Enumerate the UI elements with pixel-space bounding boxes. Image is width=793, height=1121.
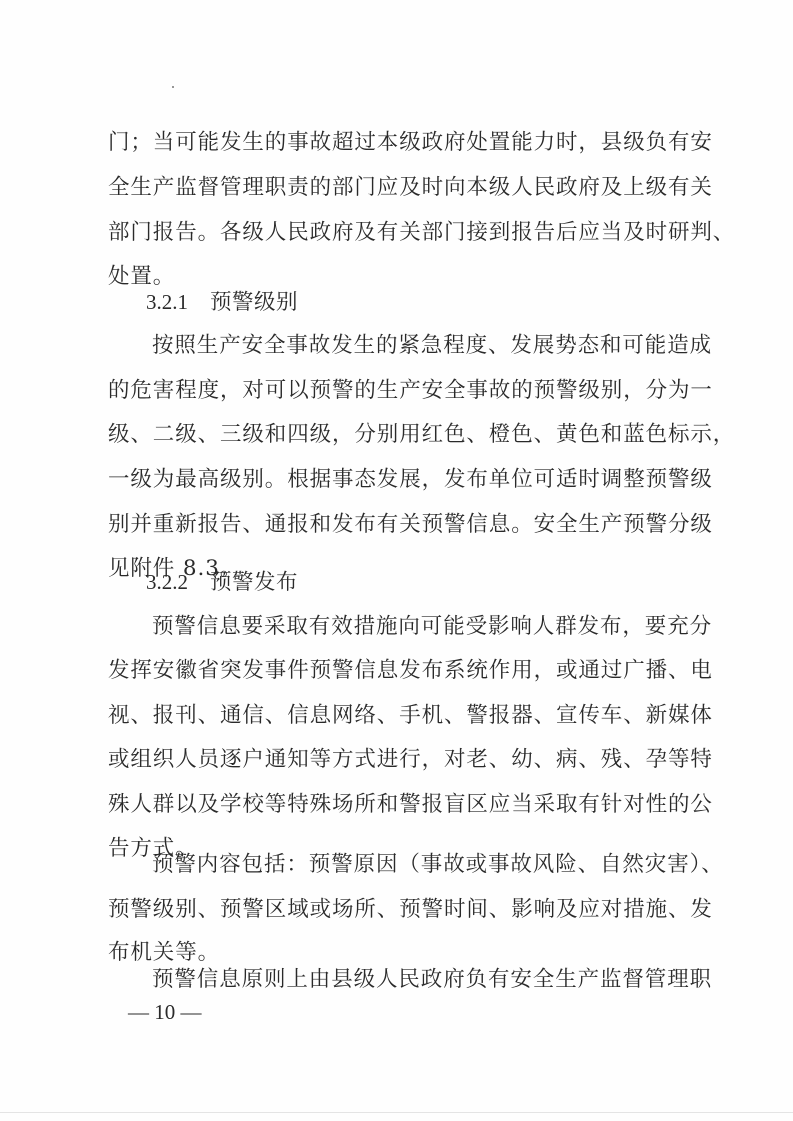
page-number: — 10 —: [128, 997, 202, 1027]
text-line: 级、二级、三级和四级，分别用红色、橙色、黄色和蓝色标示，: [108, 420, 708, 450]
text-line: 全生产监督管理职责的部门应及时向本级人民政府及上级有关: [108, 173, 708, 203]
page-edge: [0, 1112, 793, 1113]
text-line: 发挥安徽省突发事件预警信息发布系统作用，或通过广播、电: [108, 656, 708, 686]
text-line: 一级为最高级别。根据事态发展，发布单位可适时调整预警级: [108, 465, 708, 495]
text-line: 的危害程度，对可以预警的生产安全事故的预警级别，分为一: [108, 376, 708, 406]
section-number: 3.2.2: [146, 570, 188, 594]
text-line: 部门报告。各级人民政府及有关部门接到报告后应当及时研判、: [108, 218, 708, 248]
section-heading-3-2-2: 3.2.2预警发布: [146, 567, 298, 598]
document-page: 门；当可能发生的事故超过本级政府处置能力时，县级负有安 全生产监督管理职责的部门…: [0, 0, 793, 1121]
text-line: 殊人群以及学校等特殊场所和警报盲区应当采取有针对性的公: [108, 790, 708, 820]
text-line: 预警级别、预警区域或场所、预警时间、影响及应对措施、发: [108, 895, 708, 925]
text-line: 按照生产安全事故发生的紧急程度、发展势态和可能造成: [152, 331, 708, 361]
text-line: 别并重新报告、通报和发布有关预警信息。安全生产预警分级: [108, 510, 708, 540]
text-line: 或组织人员逐户通知等方式进行，对老、幼、病、残、孕等特: [108, 745, 708, 775]
section-title: 预警级别: [210, 290, 298, 315]
section-title: 预警发布: [210, 570, 298, 595]
text-line: 视、报刊、通信、信息网络、手机、警报器、宣传车、新媒体: [108, 701, 708, 731]
text-line: 预警内容包括：预警原因（事故或事故风险、自然灾害）、: [152, 850, 708, 880]
scan-speck: [172, 86, 174, 88]
text-line: 布机关等。: [108, 938, 220, 968]
section-heading-3-2-1: 3.2.1预警级别: [146, 287, 298, 318]
text-line: 门；当可能发生的事故超过本级政府处置能力时，县级负有安: [108, 128, 708, 158]
section-number: 3.2.1: [146, 290, 188, 314]
text-line: 预警信息要采取有效措施向可能受影响人群发布，要充分: [152, 612, 708, 642]
text-line: 预警信息原则上由县级人民政府负有安全生产监督管理职: [152, 965, 708, 995]
